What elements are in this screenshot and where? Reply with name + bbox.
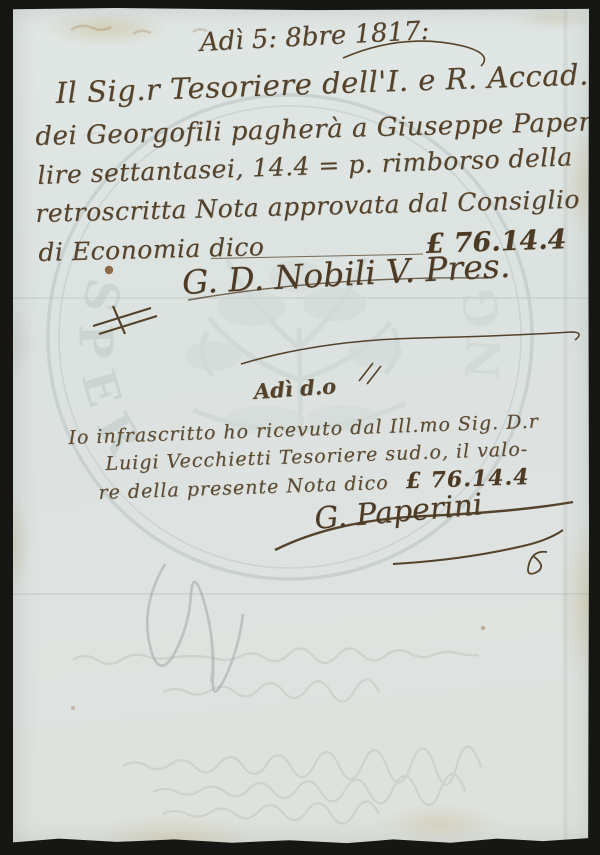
cross-mark — [93, 306, 157, 334]
receipt-heading: Adì d.o — [253, 373, 337, 404]
date-line: Adì 5: 8bre 1817: — [199, 16, 430, 58]
signature-paraph — [528, 552, 547, 574]
order-line-1: Il Sig.r Tesoriere dell'I. e R. Accad. — [55, 57, 589, 110]
signature-flourish-2b — [393, 530, 563, 564]
horizontal-crease — [13, 297, 589, 299]
pencil-scribble — [147, 564, 243, 692]
horizontal-crease — [13, 593, 589, 595]
tick-marks — [359, 363, 381, 384]
order-line-4: retroscritta Nota approvata dal Consigli… — [35, 185, 580, 228]
faded-ink-marks — [71, 26, 207, 34]
manuscript-page: SPER NGE — [13, 8, 589, 844]
signature-flourish-1 — [241, 332, 579, 364]
